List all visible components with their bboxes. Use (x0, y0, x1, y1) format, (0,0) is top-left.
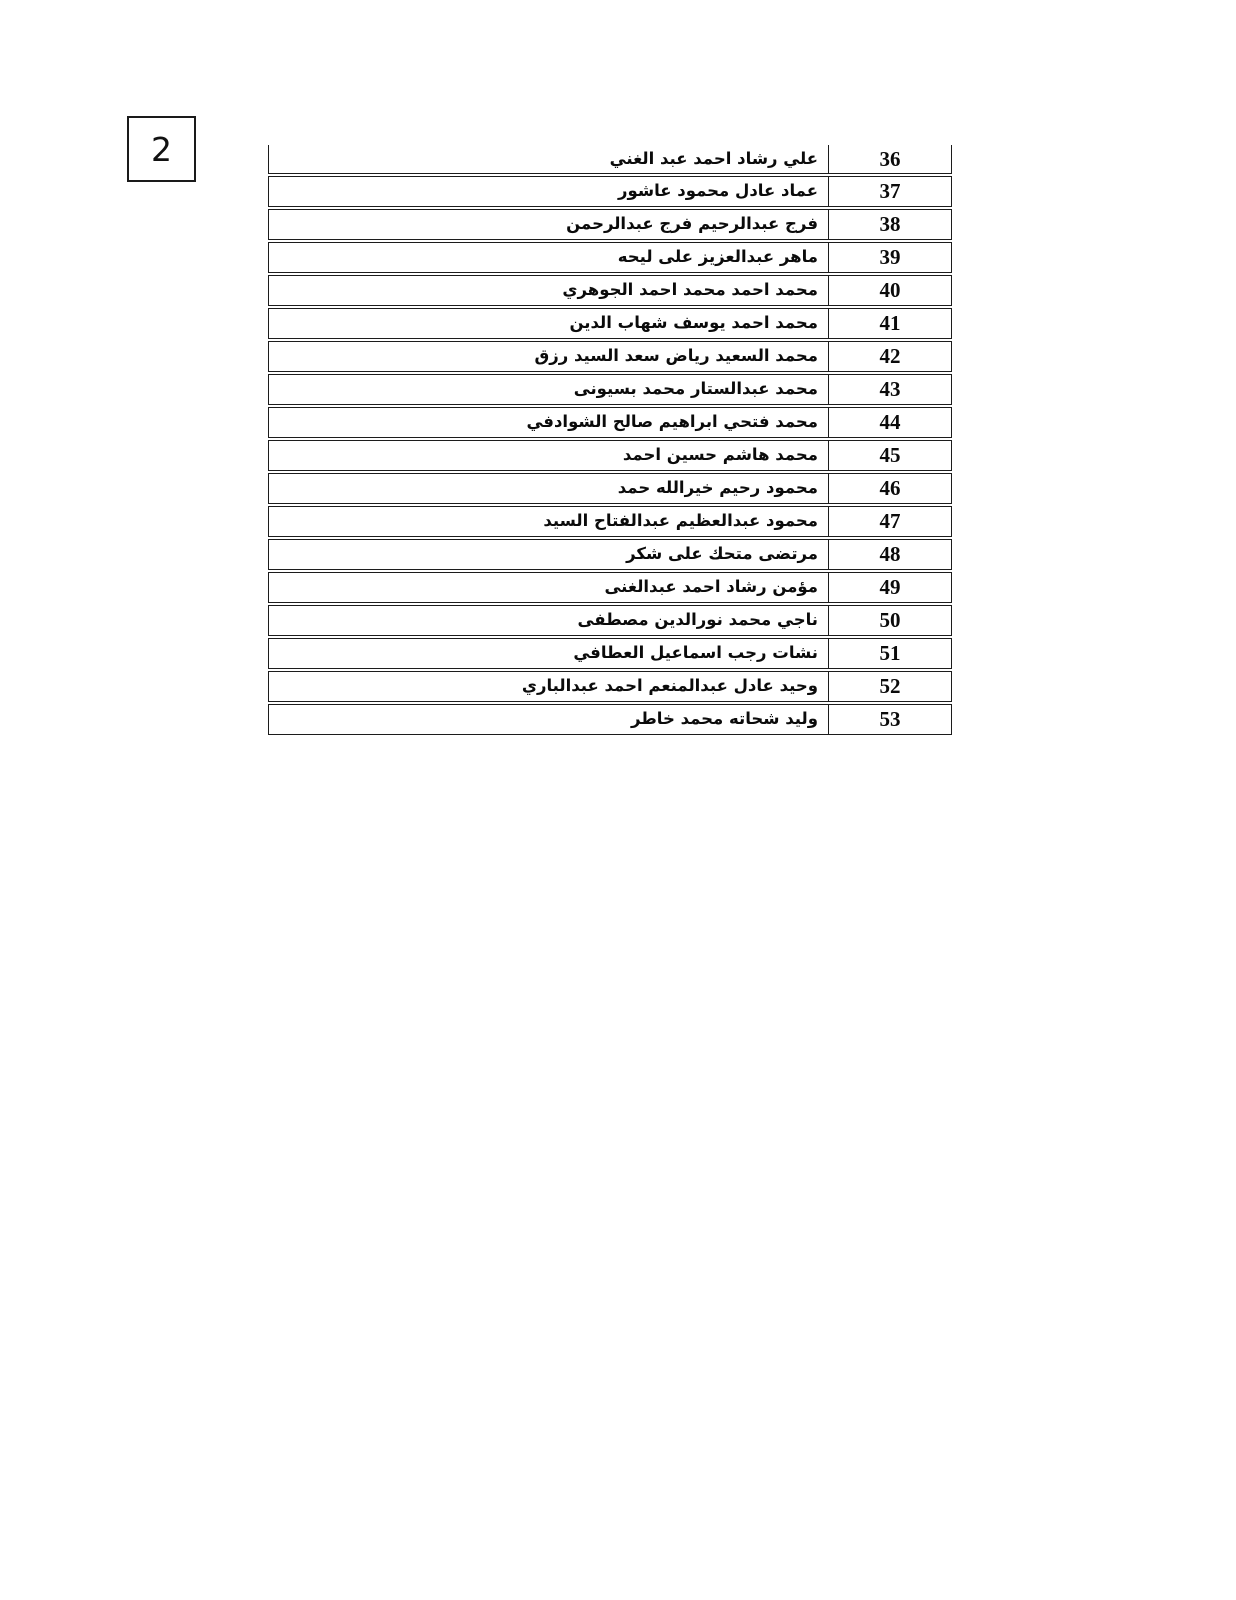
table-row: مؤمن رشاد احمد عبدالغنى 49 (268, 572, 952, 603)
number-cell: 40 (828, 276, 951, 305)
row-number: 52 (880, 676, 901, 697)
person-name: محمد احمد يوسف شهاب الدين (569, 315, 818, 332)
person-name: محمود رحيم خيرالله حمد (618, 480, 818, 497)
number-cell: 38 (828, 210, 951, 239)
row-number: 36 (880, 149, 901, 170)
person-name: مؤمن رشاد احمد عبدالغنى (604, 579, 818, 596)
person-name: نشات رجب اسماعيل العطافي (573, 645, 818, 662)
person-name: عماد عادل محمود عاشور (618, 183, 818, 200)
page-number: 2 (151, 133, 172, 166)
name-cell: مرتضى متحك على شكر (269, 540, 828, 569)
table-row: محمد احمد محمد احمد الجوهري 40 (268, 275, 952, 306)
row-number: 45 (880, 445, 901, 466)
number-cell: 51 (828, 639, 951, 668)
number-cell: 49 (828, 573, 951, 602)
number-cell: 53 (828, 705, 951, 734)
row-number: 47 (880, 511, 901, 532)
number-cell: 39 (828, 243, 951, 272)
table-row: محمود عبدالعظيم عبدالفتاح السيد 47 (268, 506, 952, 537)
row-number: 42 (880, 346, 901, 367)
person-name: محمد فتحي ابراهيم صالح الشوادفي (526, 414, 818, 431)
person-name: فرج عبدالرحيم فرج عبدالرحمن (566, 216, 818, 233)
person-name: وحيد عادل عبدالمنعم احمد عبدالباري (522, 678, 818, 695)
name-cell: عماد عادل محمود عاشور (269, 177, 828, 206)
table-row: محمد فتحي ابراهيم صالح الشوادفي 44 (268, 407, 952, 438)
number-cell: 47 (828, 507, 951, 536)
table-row: وحيد عادل عبدالمنعم احمد عبدالباري 52 (268, 671, 952, 702)
table-row: وليد شحاته محمد خاطر 53 (268, 704, 952, 735)
row-number: 50 (880, 610, 901, 631)
row-number: 44 (880, 412, 901, 433)
person-name: محمد السعيد رياض سعد السيد رزق (535, 348, 818, 365)
table-row: ناجي محمد نورالدين مصطفى 50 (268, 605, 952, 636)
name-cell: علي رشاد احمد عبد الغني (269, 145, 828, 173)
table-row: محمد احمد يوسف شهاب الدين 41 (268, 308, 952, 339)
number-cell: 48 (828, 540, 951, 569)
table-row: محمد عبدالستار محمد بسيونى 43 (268, 374, 952, 405)
row-number: 51 (880, 643, 901, 664)
number-cell: 36 (828, 145, 951, 173)
name-cell: محمد عبدالستار محمد بسيونى (269, 375, 828, 404)
row-number: 41 (880, 313, 901, 334)
name-cell: محمد السعيد رياض سعد السيد رزق (269, 342, 828, 371)
name-cell: محمد هاشم حسين احمد (269, 441, 828, 470)
name-cell: وليد شحاته محمد خاطر (269, 705, 828, 734)
table-row: فرج عبدالرحيم فرج عبدالرحمن 38 (268, 209, 952, 240)
row-number: 46 (880, 478, 901, 499)
name-cell: محمد احمد يوسف شهاب الدين (269, 309, 828, 338)
roster-table: علي رشاد احمد عبد الغني 36 عماد عادل محم… (268, 145, 952, 737)
number-cell: 52 (828, 672, 951, 701)
person-name: محمود عبدالعظيم عبدالفتاح السيد (543, 513, 818, 530)
table-row: ماهر عبدالعزيز على ليحه 39 (268, 242, 952, 273)
page-number-box: 2 (127, 116, 196, 182)
name-cell: نشات رجب اسماعيل العطافي (269, 639, 828, 668)
number-cell: 43 (828, 375, 951, 404)
table-row: محمد السعيد رياض سعد السيد رزق 42 (268, 341, 952, 372)
row-number: 53 (880, 709, 901, 730)
table-row: مرتضى متحك على شكر 48 (268, 539, 952, 570)
name-cell: ناجي محمد نورالدين مصطفى (269, 606, 828, 635)
person-name: علي رشاد احمد عبد الغني (610, 151, 818, 168)
name-cell: فرج عبدالرحيم فرج عبدالرحمن (269, 210, 828, 239)
row-number: 38 (880, 214, 901, 235)
number-cell: 42 (828, 342, 951, 371)
table-row: محمد هاشم حسين احمد 45 (268, 440, 952, 471)
row-number: 49 (880, 577, 901, 598)
number-cell: 44 (828, 408, 951, 437)
person-name: محمد هاشم حسين احمد (623, 447, 818, 464)
table-row: محمود رحيم خيرالله حمد 46 (268, 473, 952, 504)
name-cell: مؤمن رشاد احمد عبدالغنى (269, 573, 828, 602)
row-number: 48 (880, 544, 901, 565)
name-cell: محمود عبدالعظيم عبدالفتاح السيد (269, 507, 828, 536)
document-page: 2 علي رشاد احمد عبد الغني 36 عماد عادل م… (0, 0, 1236, 1600)
name-cell: محمد فتحي ابراهيم صالح الشوادفي (269, 408, 828, 437)
name-cell: وحيد عادل عبدالمنعم احمد عبدالباري (269, 672, 828, 701)
table-row: نشات رجب اسماعيل العطافي 51 (268, 638, 952, 669)
name-cell: محمد احمد محمد احمد الجوهري (269, 276, 828, 305)
number-cell: 46 (828, 474, 951, 503)
number-cell: 37 (828, 177, 951, 206)
table-row: علي رشاد احمد عبد الغني 36 (268, 145, 952, 174)
number-cell: 45 (828, 441, 951, 470)
row-number: 43 (880, 379, 901, 400)
name-cell: محمود رحيم خيرالله حمد (269, 474, 828, 503)
number-cell: 50 (828, 606, 951, 635)
table-row: عماد عادل محمود عاشور 37 (268, 176, 952, 207)
person-name: محمد احمد محمد احمد الجوهري (562, 282, 818, 299)
person-name: محمد عبدالستار محمد بسيونى (574, 381, 818, 398)
number-cell: 41 (828, 309, 951, 338)
person-name: وليد شحاته محمد خاطر (631, 711, 818, 728)
row-number: 39 (880, 247, 901, 268)
person-name: ناجي محمد نورالدين مصطفى (578, 612, 819, 629)
person-name: مرتضى متحك على شكر (626, 546, 818, 563)
name-cell: ماهر عبدالعزيز على ليحه (269, 243, 828, 272)
row-number: 37 (880, 181, 901, 202)
row-number: 40 (880, 280, 901, 301)
person-name: ماهر عبدالعزيز على ليحه (618, 249, 818, 266)
